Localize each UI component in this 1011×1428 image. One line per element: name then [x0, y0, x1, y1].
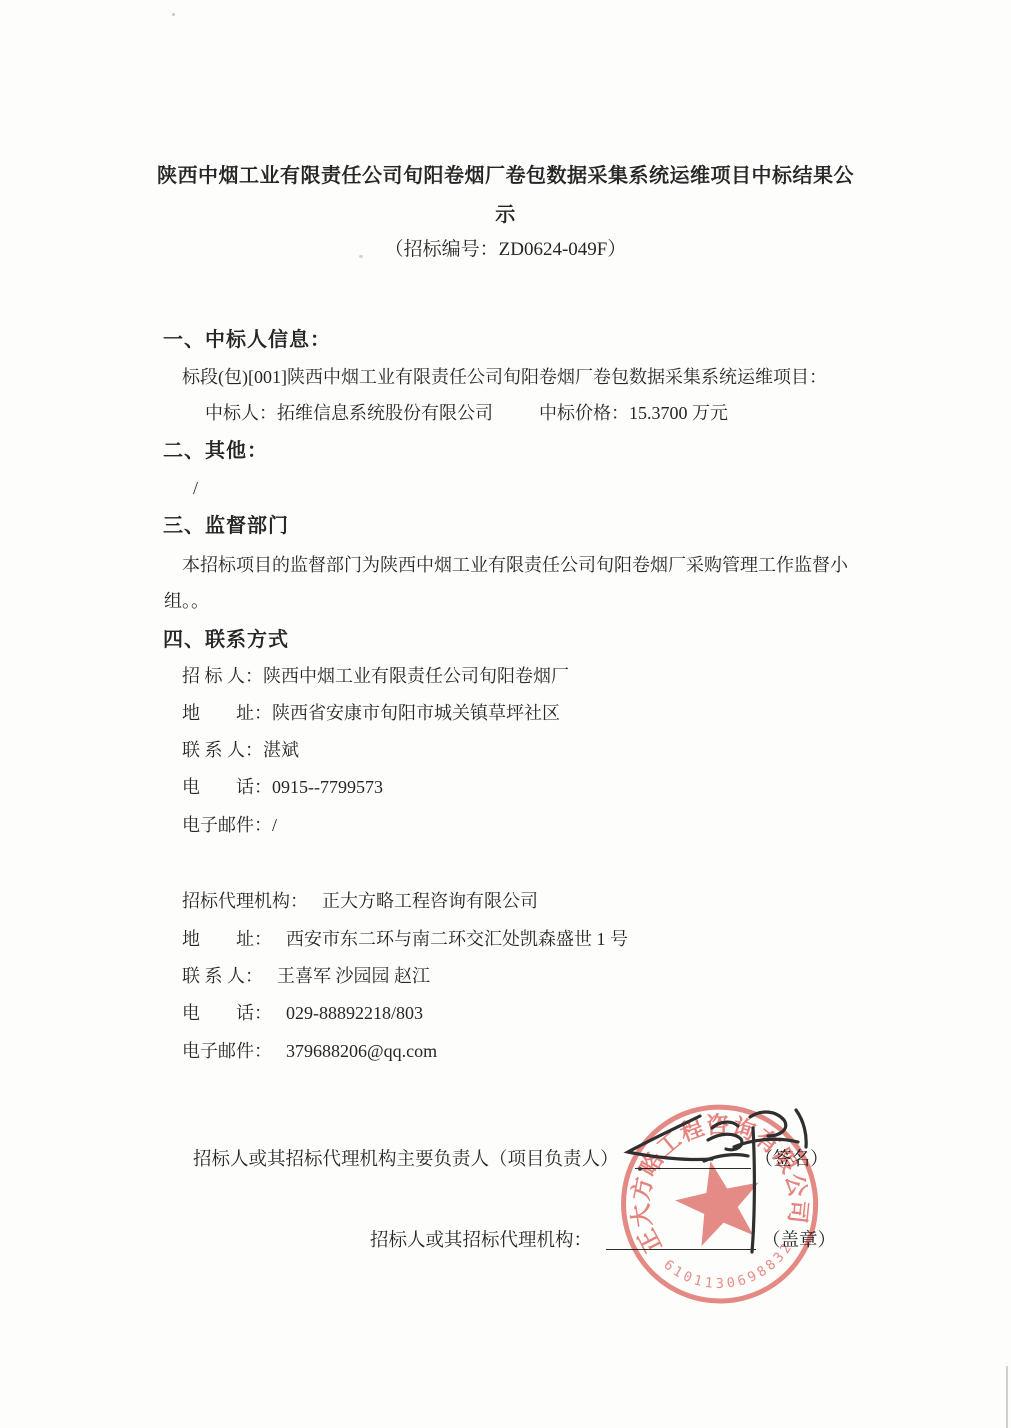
scan-speck [172, 13, 175, 16]
field-label: 招 标 人： [182, 662, 263, 690]
field-value: 西安市东二环与南二环交汇处凯森盛世 1 号 [286, 929, 628, 949]
field-label: 招标代理机构： [182, 887, 308, 915]
section3-heading: 三、监督部门 [163, 512, 289, 540]
seal-line-label: 招标人或其招标代理机构： [370, 1231, 592, 1251]
section3-body-line1: 本招标项目的监督部门为陕西中烟工业有限责任公司旬阳卷烟厂采购管理工作监督小 [182, 551, 848, 579]
tenderer-row: 地 址：陕西省安康市旬阳市城关镇草坪社区 [182, 699, 560, 727]
field-label: 联 系 人： [182, 962, 263, 990]
section1-heading: 一、中标人信息： [163, 326, 331, 354]
tender-number-line: （招标编号：ZD0624-049F） [0, 236, 1011, 264]
field-value: 王喜军 沙园园 赵江 [277, 966, 430, 986]
tenderer-row: 招 标 人：陕西中烟工业有限责任公司旬阳卷烟厂 [182, 662, 569, 690]
price-text: 中标价格：15.3700 万元 [539, 403, 728, 423]
field-value: 0915--7799573 [272, 777, 383, 797]
section2-value: / [193, 474, 198, 502]
agency-row: 电子邮件：379688206@qq.com [182, 1037, 437, 1065]
field-value: 029-88892218/803 [286, 1003, 423, 1023]
field-label: 电子邮件： [182, 1037, 272, 1065]
field-label: 电子邮件： [182, 811, 272, 839]
field-value: 陕西中烟工业有限责任公司旬阳卷烟厂 [263, 666, 569, 686]
field-value: 湛斌 [263, 740, 299, 760]
field-value: 379688206@qq.com [286, 1041, 437, 1061]
tenderer-row: 电子邮件：/ [182, 811, 277, 839]
document-title-line2: 示 [0, 201, 1011, 229]
scanned-document-page: 陕西中烟工业有限责任公司旬阳卷烟厂卷包数据采集系统运维项目中标结果公 示 （招标… [0, 0, 1011, 1428]
field-label: 电 话： [182, 773, 272, 801]
document-title-line1: 陕西中烟工业有限责任公司旬阳卷烟厂卷包数据采集系统运维项目中标结果公 [0, 162, 1011, 190]
tenderer-row: 电 话：0915--7799573 [182, 773, 383, 801]
signature-line-label: 招标人或其招标代理机构主要负责人（项目负责人） [193, 1150, 619, 1170]
field-label: 地 址： [182, 699, 272, 727]
field-label: 地 址： [182, 925, 272, 953]
section1-lot-line: 标段(包)[001]陕西中烟工业有限责任公司旬阳卷烟厂卷包数据采集系统运维项目： [182, 363, 827, 391]
section1-award-line: 中标人：拓维信息系统股份有限公司中标价格：15.3700 万元 [205, 399, 728, 427]
tenderer-row: 联 系 人：湛斌 [182, 736, 299, 764]
section3-body-line2: 组。。 [164, 587, 209, 615]
field-value: 正大方略工程咨询有限公司 [322, 891, 538, 911]
winner-text: 中标人：拓维信息系统股份有限公司 [205, 403, 493, 423]
agency-row: 联 系 人：王喜军 沙园园 赵江 [182, 962, 430, 990]
handwritten-signature [600, 1095, 850, 1275]
agency-row: 电 话：029-88892218/803 [182, 999, 423, 1027]
field-value: / [272, 815, 277, 835]
field-label: 电 话： [182, 999, 272, 1027]
section4-heading: 四、联系方式 [163, 626, 289, 654]
agency-row: 招标代理机构：正大方略工程咨询有限公司 [182, 887, 538, 915]
agency-row: 地 址：西安市东二环与南二环交汇处凯森盛世 1 号 [182, 925, 628, 953]
ink-dot [638, 1167, 642, 1171]
section2-heading: 二、其他： [163, 437, 268, 465]
field-value: 陕西省安康市旬阳市城关镇草坪社区 [272, 703, 560, 723]
scan-edge-artifact [1006, 1366, 1008, 1428]
field-label: 联 系 人： [182, 736, 263, 764]
